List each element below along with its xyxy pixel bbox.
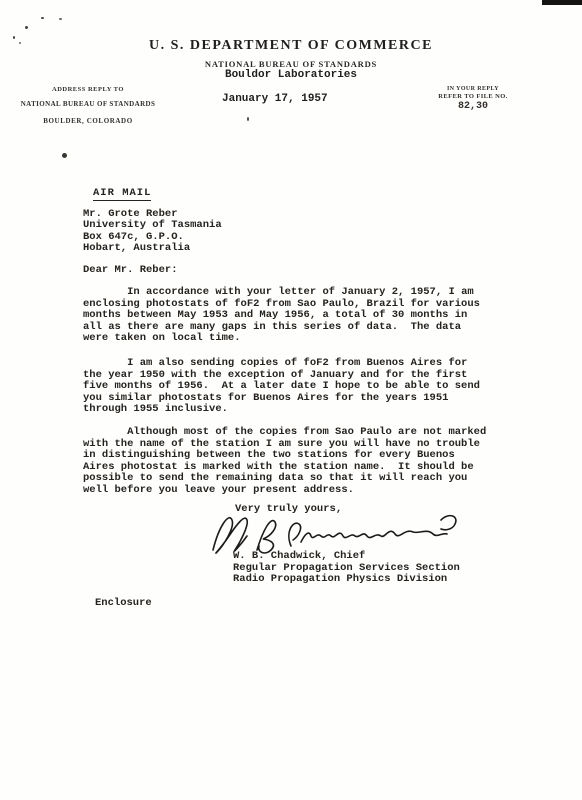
file-ref-number: 82,30 (420, 101, 526, 112)
paragraph-1: In accordance with your letter of Januar… (83, 287, 503, 345)
address-reply-block: ADDRESS REPLY TO NATIONAL BUREAU OF STAN… (18, 86, 158, 125)
file-reference-block: IN YOUR REPLY REFER TO FILE NO. 82,30 (420, 86, 526, 112)
scan-speck (59, 18, 62, 20)
air-mail-label: AIR MAIL (93, 187, 151, 201)
salutation: Dear Mr. Reber: (83, 264, 178, 276)
scanned-letter-page: U. S. DEPARTMENT OF COMMERCE NATIONAL BU… (0, 0, 582, 800)
signature-scribble-icon (205, 506, 475, 556)
letter-date: January 17, 1957 (222, 93, 328, 105)
scan-speck (62, 153, 67, 158)
file-ref-line2: REFER TO FILE NO. (420, 93, 526, 100)
paragraph-3: Although most of the copies from Sao Pau… (83, 427, 503, 497)
scan-speck (41, 17, 44, 19)
scan-corner-bar (542, 0, 582, 5)
recipient-address-block: Mr. Grote Reber University of Tasmania B… (83, 209, 222, 255)
address-reply-line2: NATIONAL BUREAU OF STANDARDS (18, 100, 158, 108)
letterhead-laboratories: Bouldor Laboratories (0, 69, 582, 81)
scan-speck (247, 117, 249, 121)
address-reply-line1: ADDRESS REPLY TO (18, 86, 158, 93)
enclosure-note: Enclosure (95, 597, 152, 609)
letterhead-bureau: NATIONAL BUREAU OF STANDARDS (0, 59, 582, 69)
address-reply-line3: BOULDER, COLORADO (18, 117, 158, 125)
recipient-city: Hobart, Australia (83, 243, 222, 254)
signer-block: W. B. Chadwick, Chief Regular Propagatio… (233, 551, 460, 586)
file-ref-line1: IN YOUR REPLY (420, 86, 526, 92)
paragraph-2: I am also sending copies of foF2 from Bu… (83, 358, 503, 416)
scan-speck (25, 26, 28, 29)
signer-division: Radio Propagation Physics Division (233, 574, 460, 586)
letterhead-department: U. S. DEPARTMENT OF COMMERCE (0, 38, 582, 54)
signer-name-title: W. B. Chadwick, Chief (233, 551, 460, 563)
